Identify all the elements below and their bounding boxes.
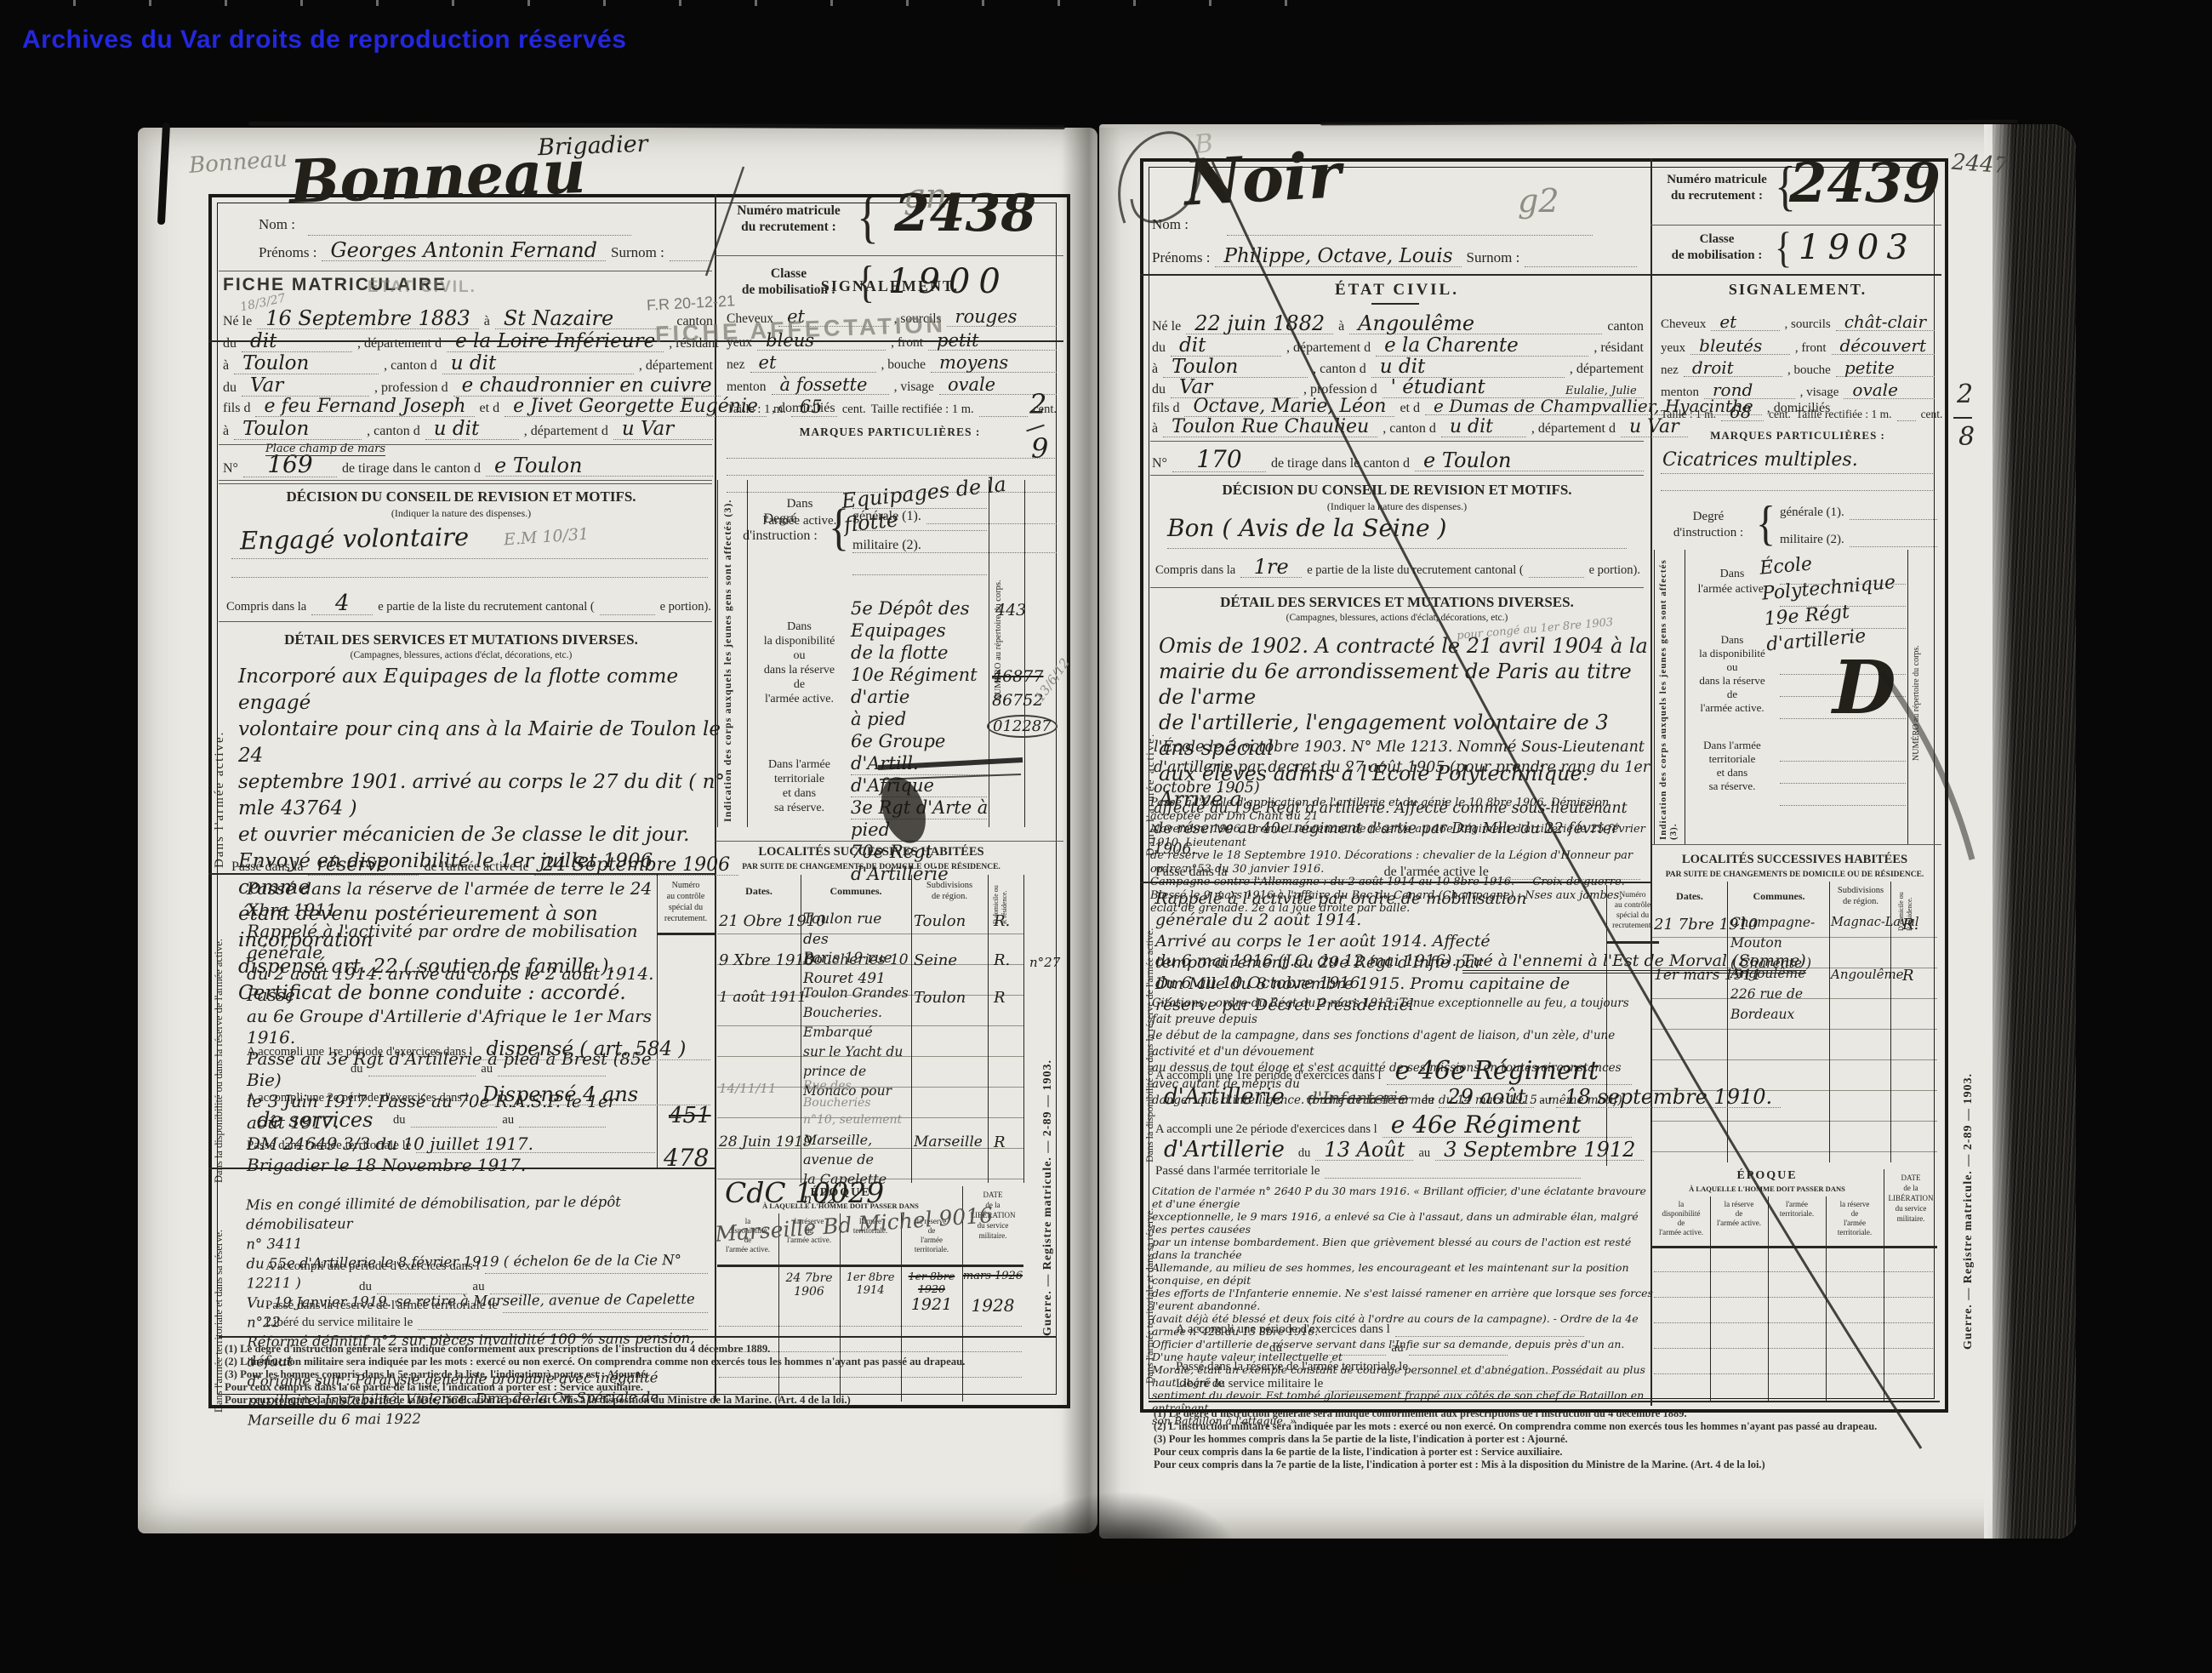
header-rule (219, 271, 712, 271)
decision-top-rule (219, 483, 712, 484)
taille-rect-label: Taille rectifiée : 1 m. (871, 403, 974, 417)
etat-civil-ghost: ÉTAT CIVIL. (368, 278, 476, 297)
generale-label-r: générale (1). (1780, 505, 1844, 520)
etat-row-6-r: à Toulon Rue Chaulieu , canton d u dit ,… (1152, 418, 1644, 437)
compris-bottom-rule-r (1150, 587, 1644, 588)
sig-row-4-r: menton rond , visage ovale (1661, 381, 1935, 400)
decision-value: Engagé volontaire (240, 522, 470, 556)
periode2-line2-r: d'Artillerie du 13 Août au 3 Septembre 1… (1155, 1139, 1632, 1161)
militaire-blank (926, 538, 1057, 553)
loc1-dr-r: R. (1902, 916, 1918, 934)
birth-place: St Nazaire (495, 308, 672, 329)
sig-row-1-r: Cheveux et , sourcils chât-clair (1661, 313, 1935, 332)
taille-rect-label-r: Taille rectifiée : 1 m. (1796, 408, 1892, 421)
corps-num-2: 46877 (992, 667, 1043, 686)
loc5-dr: R (994, 1133, 1006, 1151)
compris-label-2: e partie de la liste du recrutement cant… (378, 600, 594, 614)
loc3-subdiv: Toulon (914, 989, 966, 1007)
page-top-edge-r (1320, 120, 2018, 126)
canton-d-label2: , canton d (367, 424, 420, 439)
ep-rule-2-r (1768, 1196, 1769, 1401)
loc2-dr-r: R (1902, 967, 1914, 985)
residence-commune: Toulon (234, 354, 379, 374)
corps-num-4: 012287 (987, 715, 1058, 738)
margin-fraction-bottom: 9 (1031, 432, 1048, 465)
birth-place-r: Angoulême (1349, 313, 1602, 334)
compris-portion-blank-r (1529, 557, 1584, 578)
menton-value: à fossette (772, 376, 889, 395)
matricule-value: 2438 (874, 184, 1057, 243)
tirage-bottom-rule-r (1150, 475, 1644, 476)
departement-d-label-r: , département d (1531, 421, 1616, 437)
a-label2-r: à (1152, 362, 1158, 377)
numero-label: N° (223, 461, 238, 477)
father-name-r: Octave, Marie, Léon (1184, 397, 1394, 417)
a-label: à (484, 314, 490, 329)
taille-label-r: Taille : 1 m. (1661, 408, 1716, 421)
cheveux-label-r: Cheveux (1661, 317, 1706, 332)
loc4-date: 14/11/11 (719, 1081, 776, 1096)
spine-bottom-blob (1004, 1489, 1242, 1617)
et-de-label: et d (480, 401, 500, 416)
menton-label-r: menton (1661, 385, 1699, 400)
header-divider (715, 194, 716, 340)
du-label: du (223, 336, 237, 351)
nez-value: et (750, 354, 876, 373)
loc1-dr: R. (994, 912, 1010, 930)
corps-dispo-mark-r: D (1833, 645, 1896, 731)
film-edge-ticks (0, 0, 1327, 6)
compris-row-r: Compris dans la 1re e partie de la liste… (1155, 557, 1640, 578)
etat-row-6: à Toulon , canton d u dit , département … (223, 420, 713, 440)
parents-commune-r: Toulon Rue Chaulieu (1163, 418, 1377, 437)
tirage-row-r: N° 170 de tirage dans le canton d e Toul… (1152, 448, 1644, 472)
book-edge-feather (1984, 124, 2013, 1539)
prenoms-row-r: Prénoms : Philippe, Octave, Louis Surnom… (1152, 247, 1637, 267)
loc2-commune: Paris 19 rue Rouret 491 (803, 948, 910, 989)
tirage-canton: e Toulon (486, 455, 713, 477)
visage-value-r: ovale (1844, 381, 1935, 399)
front-label-r: , front (1795, 341, 1827, 356)
a-label-r: à (1338, 319, 1344, 334)
matricule-rule (715, 255, 1063, 256)
du-label2-r: du (1152, 382, 1166, 397)
citation2-text-r: Citation de l'armée n° 2640 P du 30 mars… (1152, 1185, 1654, 1427)
loc3-date: 1 août 1911 (719, 989, 807, 1006)
periode2-du-r: 13 Août (1315, 1139, 1413, 1161)
visage-label: , visage (894, 380, 934, 395)
nom-value: Bonneau (288, 136, 587, 217)
loc4-commune: Rue des Boucheries n°10, seulement (803, 1077, 914, 1128)
surnom-blank (670, 240, 712, 261)
nez-label: nez (727, 357, 745, 373)
departement-label2-r: , département (1570, 362, 1644, 377)
canton-d-label: , canton d (384, 358, 437, 374)
corps-dispo-values: 5e Dépôt des Equipages de la flotte 10e … (851, 597, 1000, 885)
margin-imprint-r: Guerre. — Registre matricule. — 2-89 — 1… (1962, 669, 1981, 1350)
parents-address-note: Place champ de mars (265, 443, 385, 456)
reserve-line4a: du 6 mai 1916 (J.O. du 12 mai 1916). (1155, 951, 1457, 970)
pencil-name-note: Bonneau (188, 146, 288, 179)
localites-top-rule-r (1652, 844, 1941, 845)
fils-label-r: fils d (1152, 401, 1179, 416)
margin-fraction-top: 2 (1029, 388, 1046, 420)
profession-label: , profession d (374, 380, 448, 396)
etat-row-2: du dit , département d e la Loire Inféri… (223, 332, 713, 352)
loc5-date: 28 Juin 1919 (719, 1133, 812, 1151)
decision-value-r: Bon ( Avis de la Seine ) (1167, 514, 1446, 542)
menton-value-r: rond (1704, 381, 1795, 399)
canton-label-r: canton (1607, 319, 1644, 334)
a-label: à (223, 358, 229, 374)
loc-rule-4 (1023, 875, 1024, 1183)
loc1-subdiv: Toulon (914, 912, 966, 930)
parents-departement: u Var (613, 420, 713, 440)
loc-rule-3 (988, 875, 989, 1183)
epoque-val-liberation-struck: mars 1926 (962, 1270, 1023, 1282)
controle-rule-r (1606, 941, 1659, 944)
prenoms-value: Georges Antonin Fernand (322, 240, 606, 261)
corps-strip-rule-2 (747, 480, 748, 827)
compris-label-3-r: e portion). (1589, 563, 1640, 578)
surnom-label: Surnom : (611, 244, 664, 261)
sourcils-value-r: chât-clair (1836, 313, 1935, 331)
ep-rule-2 (840, 1213, 841, 1402)
classe-value: 1900 (888, 262, 1009, 301)
matricule-value-r: 2439 (1788, 151, 1941, 215)
periode2-regiment-r: e 46e Régiment (1382, 1113, 1632, 1138)
canton-d-label2-r: , canton d (1382, 421, 1436, 437)
corner-folio-pencil: 2447 (1951, 150, 2009, 180)
etat-civil-underline (1371, 303, 1419, 305)
a-label3-r: à (1152, 421, 1158, 437)
classe-value-r: 1903 (1799, 228, 1916, 267)
page-left-edge-mark (157, 123, 170, 225)
compris-label-3: e portion). (660, 600, 711, 614)
margin-fraction-bottom-r: 8 (1958, 422, 1975, 452)
periode2-au-r: 3 Septembre 1912 (1435, 1139, 1644, 1161)
yeux-label-r: yeux (1661, 341, 1685, 356)
corps-num-1: 443 (995, 601, 1026, 620)
birth-date: 16 Septembre 1883 (257, 308, 479, 329)
spine-shadow (1062, 128, 1121, 1537)
loc2-subdiv-r: Angoulême (1831, 967, 1904, 982)
profession-value: e chaudronnier en cuivre (453, 376, 721, 397)
sig-row-5: Taille : 1 m. 65 cent. Taille rectifiée … (727, 398, 1057, 417)
conge-text: Mis en congé illimité de démobilisation,… (246, 1191, 728, 1430)
loc-cdc-note: CdC 10029 (725, 1176, 884, 1209)
ne-le-label-r: Né le (1152, 319, 1181, 334)
father-name: e feu Fernand Joseph (255, 397, 474, 417)
tirage-row: N° 169 de tirage dans le canton d e Toul… (223, 453, 713, 477)
yeux-value-r: bleutés (1690, 337, 1790, 355)
residence-departement: Var (242, 376, 369, 397)
left-page: Bonneau Brigadier gn Nom : Bonneau Préno… (138, 128, 1097, 1533)
taille-label: Taille : 1 m. (727, 403, 786, 417)
etat-row-1-r: Né le 22 juin 1882 à Angoulême canton (1152, 313, 1644, 334)
compris-value: 4 (311, 592, 373, 615)
margin-fraction-top-r: 2 (1957, 380, 1973, 409)
loc3-dr: R (994, 989, 1006, 1007)
sig-row-2-r: yeux bleutés , front découvert (1661, 337, 1935, 356)
mother-name-note-r: Eulalie, Julie (1565, 385, 1637, 397)
parents-canton-r: u dit (1441, 418, 1526, 437)
marques-value-r: Cicatrices multiples. (1662, 449, 1858, 471)
citations-text-r: Citations : ordre du Régt du 2 mars 1915… (1152, 996, 1650, 1109)
controle-num-struck: 451 (669, 1103, 711, 1128)
header-divider-r (1650, 158, 1652, 274)
prenoms-label: Prénoms : (259, 244, 316, 261)
canton-d-label-r: , canton d (1313, 362, 1366, 377)
etat-row-3-r: à Toulon , canton d u dit , département (1152, 357, 1644, 378)
birth-canton-r: dit (1171, 336, 1281, 357)
bouche-label: , bouche (881, 357, 926, 373)
ep-rule-3-r (1826, 1196, 1827, 1401)
ep-rule-4-r (1884, 1169, 1884, 1401)
a-label2: à (223, 424, 229, 439)
passe-terr-row-r: Passé dans l'armée territoriale le (1155, 1164, 1581, 1179)
front-value: petit (928, 332, 1057, 351)
sig-row-5-r: Taille : 1 m. 68 cent. Taille rectifiée … (1661, 403, 1935, 421)
ep-rule-1-r (1710, 1196, 1711, 1401)
ne-le-label: Né le (223, 314, 252, 329)
corps-active-value-r: École Polytechnique 19e Régt d'artilleri… (1759, 540, 1954, 659)
visage-label-r: , visage (1800, 385, 1839, 400)
loc-rule-2-r (1829, 882, 1830, 1162)
right-page: B 2447 Nom : Noir g2 Prénoms : Philippe,… (1099, 124, 2076, 1539)
periode2-value-2: de services (257, 1108, 373, 1132)
corps-strip-rule-2-r (1685, 550, 1685, 844)
epoque-thick-rule-r (1652, 1246, 1937, 1248)
et-de-label-r: et d (1400, 401, 1420, 416)
surnom-label-r: Surnom : (1467, 249, 1520, 266)
tue-line-fin-r: du 6 au 10 Octobre 1916. (1155, 974, 1365, 992)
epoque-thick-rule (717, 1265, 1023, 1267)
pencil-g-mark-r: g2 (1518, 182, 1559, 220)
repertoire-strip-rule-2 (1024, 480, 1025, 827)
prenoms-row: Prénoms : Georges Antonin Fernand Surnom… (259, 240, 701, 261)
p2-du-label-r: du (1298, 1146, 1311, 1161)
tirage-number-r: 170 (1172, 448, 1266, 472)
etat-row-4: du Var , profession d e chaudronnier en … (223, 376, 713, 397)
epoque-val-reserve-active: 24 7bre 1906 (778, 1271, 840, 1299)
front-value-r: découvert (1832, 337, 1935, 355)
tirage-top-rule-r (1150, 441, 1644, 442)
sig-row-4: menton à fossette , visage ovale (727, 376, 1057, 395)
etat-row-5: fils d e feu Fernand Joseph et d e Jivet… (223, 397, 713, 417)
sourcils-value: rouges (947, 308, 1057, 327)
nom-value-r: Noir (1183, 139, 1343, 220)
taille-value-r: 68 (1721, 403, 1764, 421)
militaire-label-r: militaire (2). (1780, 533, 1844, 547)
parents-commune: Toulon (234, 420, 362, 440)
fils-label: fils d (223, 401, 250, 416)
tirage-number: 169 (243, 453, 337, 477)
header-bottom-rule-r (1140, 274, 1941, 276)
loc2-dr: R. (994, 951, 1010, 969)
prenoms-value-r: Philippe, Octave, Louis (1215, 247, 1461, 267)
departement-label2: , département (639, 358, 713, 374)
loc5-subdiv: Marseille (914, 1133, 983, 1151)
compris-label-1: Compris dans la (226, 600, 306, 614)
generale-blank-r (1850, 505, 1937, 520)
menton-label: menton (727, 380, 767, 395)
departement-label: , département d (357, 336, 442, 351)
parents-canton: u dit (425, 420, 519, 440)
residence-canton-r: u dit (1371, 357, 1565, 378)
taille-value: 65 (791, 398, 837, 417)
cheveux-value-r: et (1711, 313, 1779, 331)
cent-label-r: cent. (1769, 408, 1791, 421)
epoque-val-territoriale: 1er 8bre 1914 (840, 1271, 901, 1297)
taille-rect-blank-r (1897, 403, 1916, 421)
tirage-bottom-rule (219, 480, 712, 481)
birth-date-r: 22 juin 1882 (1186, 313, 1333, 334)
tirage-label: de tirage dans le canton d (342, 461, 481, 477)
du-label-r: du (1152, 340, 1166, 356)
compris-label-1-r: Compris dans la (1155, 563, 1235, 578)
bouche-value-r: petite (1836, 359, 1935, 377)
page-top-edge (248, 122, 1065, 129)
periode2-arme-r: d'Artillerie (1155, 1139, 1293, 1161)
degre-generale-row-r: générale (1). (1780, 505, 1937, 520)
birth-departement-r: e la Charente (1376, 336, 1588, 357)
periode2-label-r: A accompli une 2e période d'exercices da… (1155, 1122, 1377, 1137)
residence-commune-r: Toulon (1163, 357, 1308, 378)
degre-militaire-row: militaire (2). (852, 538, 1057, 553)
birth-departement: e la Loire Inférieure (447, 332, 664, 352)
periode2-row-r: A accompli une 2e période d'exercices da… (1155, 1113, 1632, 1138)
corps-strip-rule-1-r (1654, 550, 1655, 844)
bouche-value: moyens (931, 354, 1057, 373)
sig-row-3-r: nez droit , bouche petite (1661, 359, 1935, 378)
passe-terr-label-r: Passé dans l'armée territoriale le (1155, 1164, 1320, 1179)
residence-canton: u dit (442, 354, 634, 374)
margin-fraction-bar-r (1953, 417, 1972, 419)
numero-label-r: N° (1152, 456, 1167, 471)
loc2-note: n°27 (1029, 955, 1060, 970)
epoque-val-res-terr-struck: 1er 8bre 1920 (901, 1270, 962, 1295)
nez-label-r: nez (1661, 363, 1679, 378)
du-label2: du (223, 380, 237, 396)
controle-num: 478 (664, 1144, 709, 1172)
bouche-label-r: , bouche (1787, 363, 1831, 378)
epoque-val-res-terr: 1921 (901, 1295, 962, 1314)
departement-d-label: , département d (524, 424, 608, 439)
loc2-date: 9 Xbre 1910 (719, 951, 814, 969)
tirage-label-r: de tirage dans le canton d (1271, 456, 1410, 471)
sig-row-3: nez et , bouche moyens (727, 354, 1057, 373)
residant-label-r: , résidant (1593, 340, 1644, 356)
etat-row-2-r: du dit , département d e la Charente , r… (1152, 336, 1644, 357)
compris-bottom-rule (219, 621, 712, 622)
militaire-label: militaire (2). (852, 538, 921, 553)
sourcils-label-r: , sourcils (1785, 317, 1831, 332)
compris-row: Compris dans la 4 e partie de la liste d… (226, 592, 711, 615)
departement-label-r: , département d (1286, 340, 1371, 356)
loc2-commune-r: Angoulême 226 rue de Bordeaux (1730, 963, 1829, 1025)
loc-rule-2 (911, 875, 912, 1183)
taille-rect-blank (979, 398, 1029, 417)
birth-canton: dit (242, 332, 352, 352)
epoque-val-liberation: 1928 (962, 1295, 1023, 1316)
compris-label-2-r: e partie de la liste du recrutement cant… (1307, 563, 1523, 578)
p2-au-label-r: au (1418, 1146, 1430, 1161)
cent-label: cent. (842, 403, 866, 417)
compris-portion-blank (600, 592, 655, 615)
nez-value-r: droit (1684, 359, 1782, 377)
loc2-subdiv: Seine (914, 951, 957, 969)
surnom-blank-r (1525, 247, 1637, 267)
compris-value-r: 1re (1240, 557, 1302, 578)
matricule-rule-r (1650, 225, 1941, 226)
etat-row-1: Né le 16 Septembre 1883 à St Nazaire can… (223, 308, 713, 329)
passe-terr-blank-r (1325, 1164, 1581, 1179)
tirage-canton-r: e Toulon (1415, 450, 1644, 471)
etat-row-5-r: fils d Octave, Marie, Léon et d e Dumas … (1152, 397, 1644, 417)
cent2-label-r: cent. (1921, 408, 1943, 421)
watermark-text: Archives du Var droits de reproduction r… (22, 26, 626, 54)
prenoms-label-r: Prénoms : (1152, 249, 1210, 266)
etat-row-3: à Toulon , canton d u dit , département (223, 354, 713, 374)
